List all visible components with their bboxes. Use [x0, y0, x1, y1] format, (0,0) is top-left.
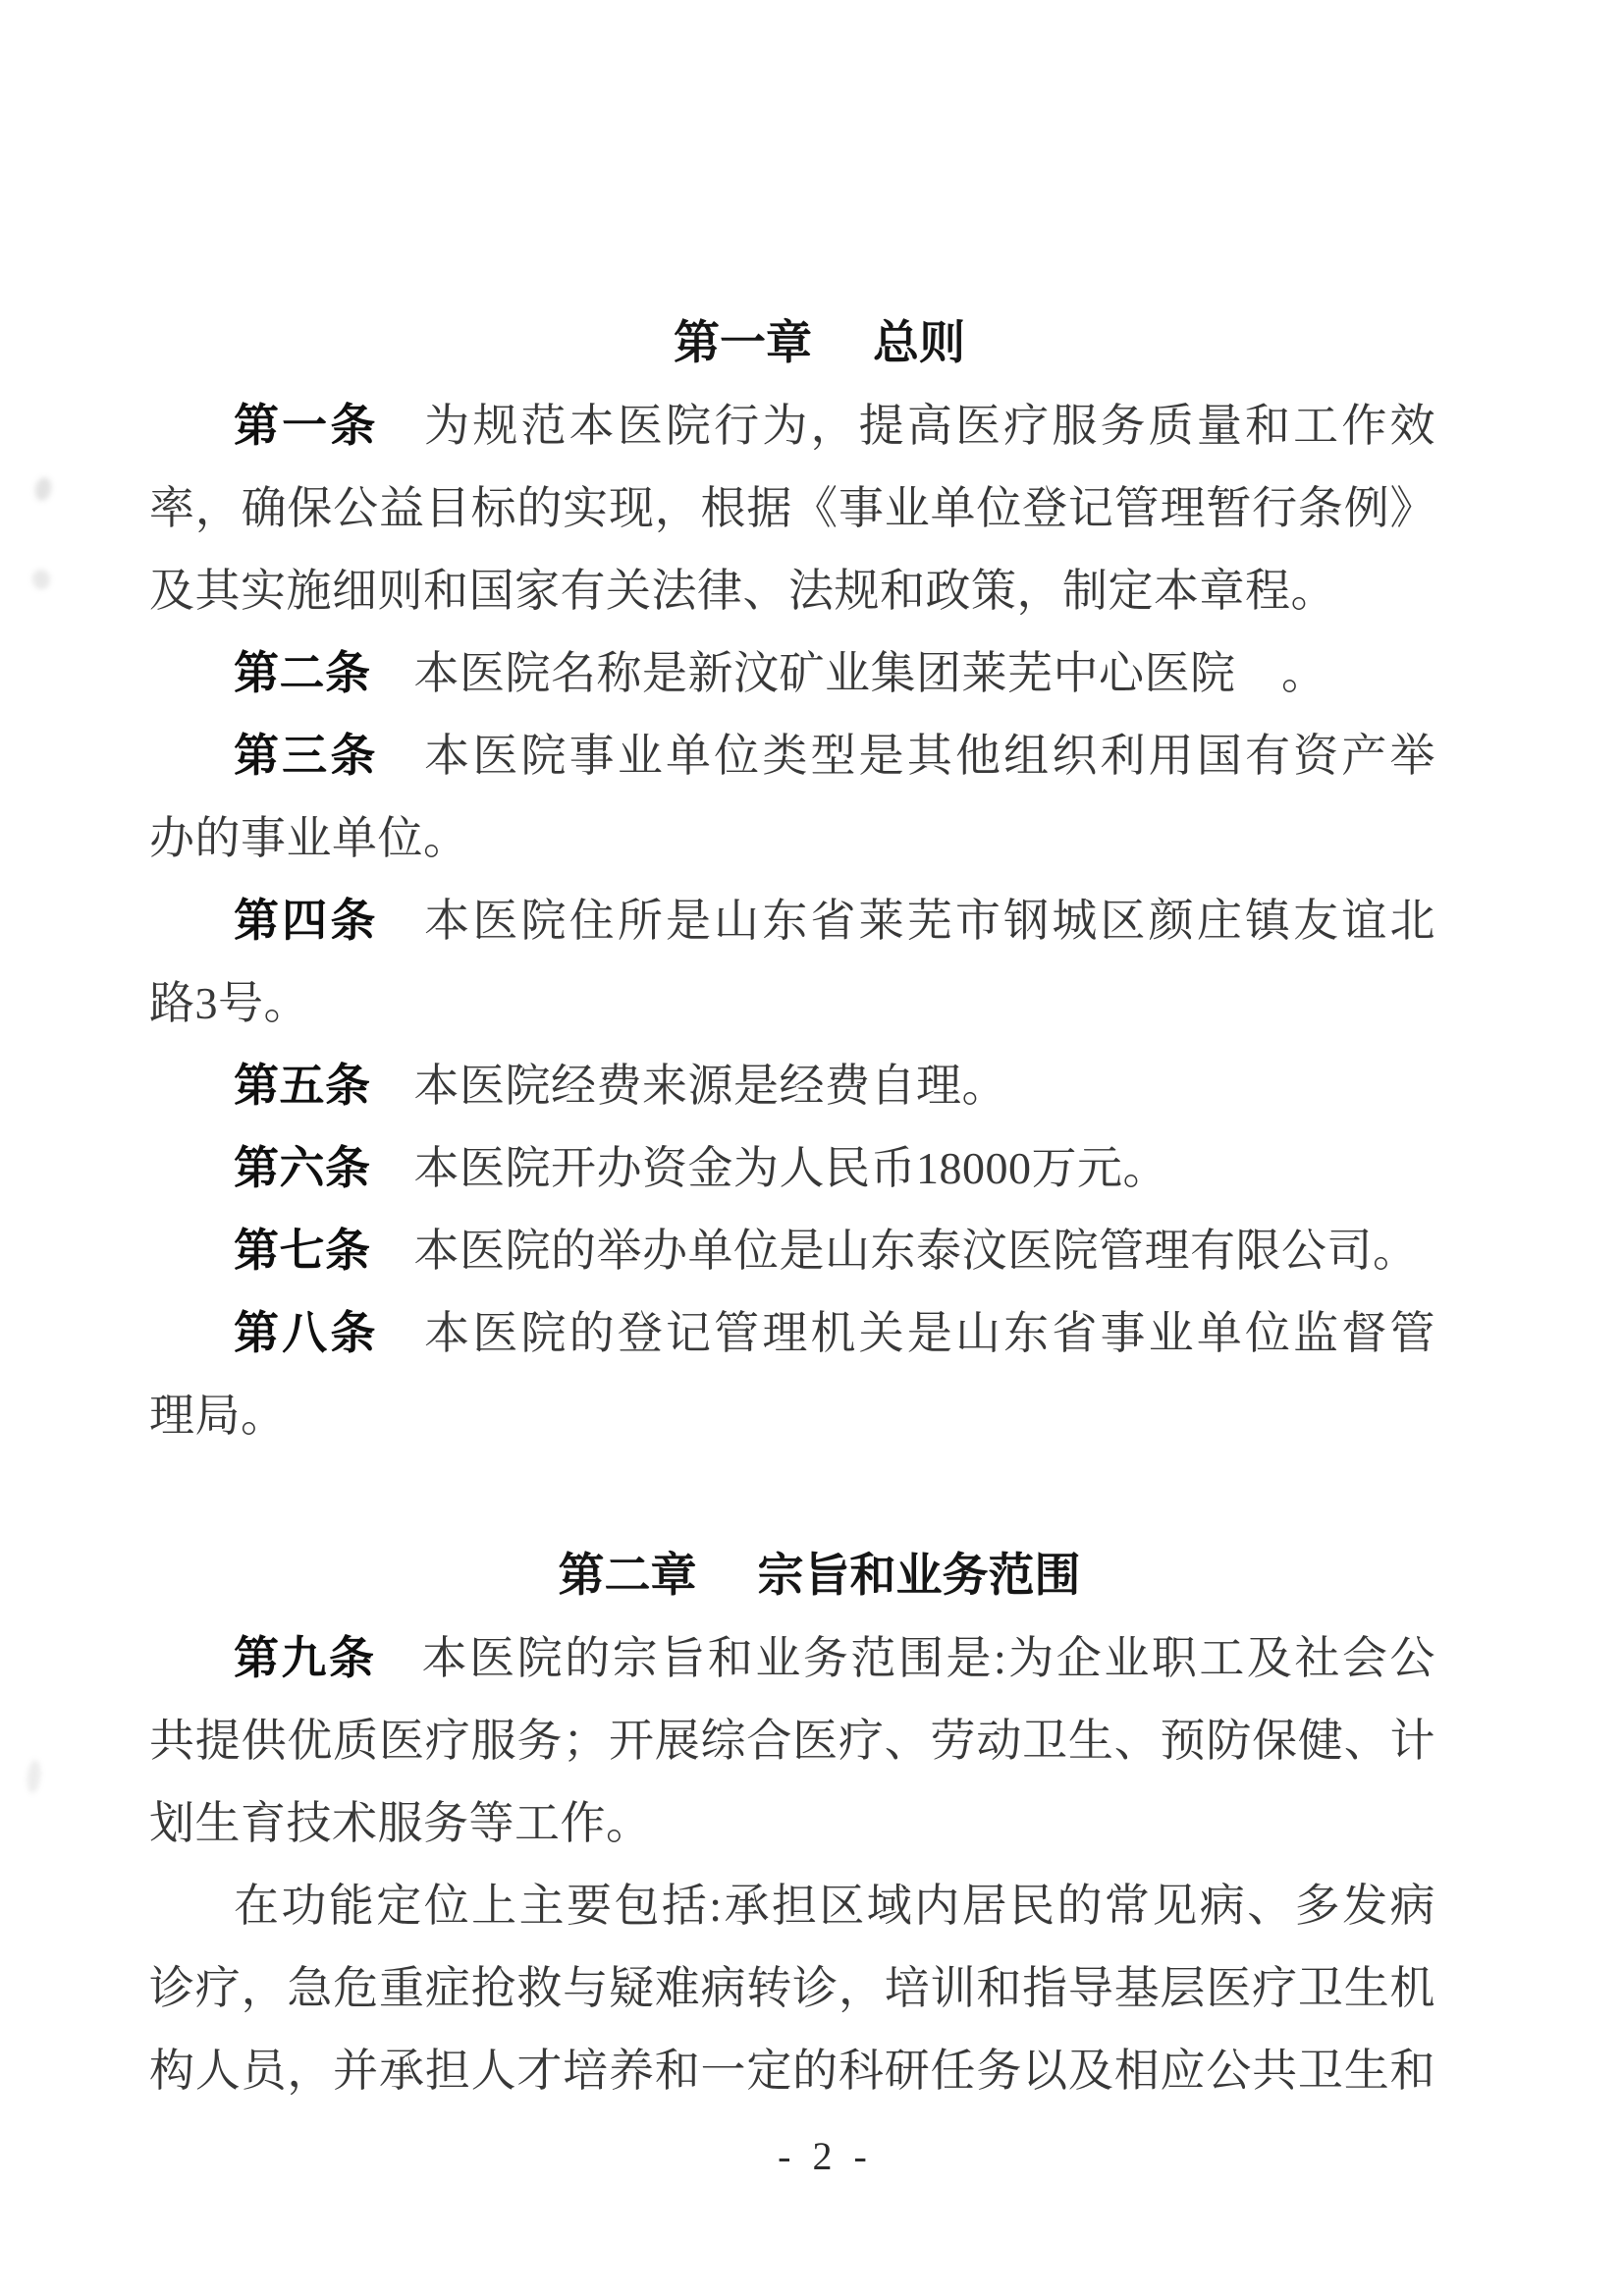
- article-8-line-1: 第八条本医院的登记管理机关是山东省事业单位监督管: [149, 1292, 1435, 1375]
- article-9-line-1: 第九条本医院的宗旨和业务范围是:为企业职工及社会公: [149, 1617, 1435, 1700]
- chapter-2-title: 宗旨和业务范围: [758, 1551, 1081, 1602]
- article-1-text: 为规范本医院行为，提高医疗服务质量和工作效: [422, 401, 1436, 451]
- document-body: 第一章总则 第一条为规范本医院行为，提高医疗服务质量和工作效 率，确保公益目标的…: [149, 302, 1435, 2112]
- function-paragraph-text: 在功能定位上主要包括:承担区域内居民的常见病、多发病: [234, 1881, 1435, 1931]
- article-1-line-2: 率，确保公益目标的实现，根据《事业单位登记管理暂行条例》: [149, 467, 1435, 550]
- article-7-text: 本医院的举办单位是山东泰汶医院管理有限公司。: [414, 1226, 1419, 1276]
- article-9-line-2: 共提供优质医疗服务；开展综合医疗、劳动卫生、预防保健、计: [149, 1700, 1435, 1782]
- chapter-1-number: 第一章: [674, 318, 812, 369]
- article-6-text: 本医院开办资金为人民币18000万元。: [414, 1143, 1169, 1193]
- article-9-text: 共提供优质医疗服务；开展综合医疗、劳动卫生、预防保健、计: [149, 1716, 1435, 1766]
- function-paragraph-text: 构人员，并承担人才培养和一定的科研任务以及相应公共卫生和: [149, 2046, 1435, 2096]
- article-1-label: 第一条: [234, 401, 379, 451]
- chapter-1-heading: 第一章总则: [149, 302, 1435, 385]
- article-9-text: 本医院的宗旨和业务范围是:为企业职工及社会公: [420, 1633, 1435, 1683]
- article-9-text: 划生育技术服务等工作。: [149, 1798, 652, 1848]
- article-4-text: 本医院住所是山东省莱芜市钢城区颜庄镇友谊北: [422, 896, 1436, 946]
- article-5-text: 本医院经费来源是经费自理。: [414, 1061, 1008, 1111]
- article-7-label: 第七条: [234, 1226, 371, 1276]
- chapter-2-heading: 第二章宗旨和业务范围: [149, 1535, 1435, 1617]
- function-paragraph-line-1: 在功能定位上主要包括:承担区域内居民的常见病、多发病: [149, 1865, 1435, 1947]
- article-1-text: 率，确保公益目标的实现，根据《事业单位登记管理暂行条例》: [149, 483, 1435, 533]
- article-8-line-2: 理局。: [149, 1375, 1435, 1457]
- article-3-line-2: 办的事业单位。: [149, 797, 1435, 880]
- article-2-text: 本医院名称是新汶矿业集团莱芜中心医院 。: [414, 648, 1327, 698]
- article-2-line-1: 第二条本医院名称是新汶矿业集团莱芜中心医院 。: [149, 632, 1435, 715]
- article-3-text: 办的事业单位。: [149, 813, 469, 863]
- article-5-label: 第五条: [234, 1061, 371, 1111]
- scan-smudge: [31, 569, 52, 590]
- article-4-label: 第四条: [234, 896, 379, 946]
- article-6-line-1: 第六条本医院开办资金为人民币18000万元。: [149, 1127, 1435, 1210]
- article-5-line-1: 第五条本医院经费来源是经费自理。: [149, 1045, 1435, 1127]
- article-8-text: 理局。: [149, 1391, 287, 1441]
- article-4-line-2: 路3号。: [149, 962, 1435, 1045]
- chapter-2-number: 第二章: [559, 1551, 697, 1602]
- page-number: - 2 -: [0, 2129, 1623, 2184]
- scan-smudge: [26, 1759, 41, 1793]
- section-spacer: [149, 1457, 1435, 1535]
- article-1-text: 及其实施细则和国家有关法律、法规和政策，制定本章程。: [149, 566, 1336, 616]
- article-2-label: 第二条: [234, 648, 371, 698]
- article-4-text: 路3号。: [149, 978, 309, 1028]
- article-9-line-3: 划生育技术服务等工作。: [149, 1782, 1435, 1865]
- document-page: 第一章总则 第一条为规范本医院行为，提高医疗服务质量和工作效 率，确保公益目标的…: [0, 0, 1623, 2296]
- article-1-line-1: 第一条为规范本医院行为，提高医疗服务质量和工作效: [149, 385, 1435, 467]
- article-9-label: 第九条: [234, 1633, 377, 1683]
- article-6-label: 第六条: [234, 1143, 371, 1193]
- function-paragraph-line-3: 构人员，并承担人才培养和一定的科研任务以及相应公共卫生和: [149, 2030, 1435, 2112]
- article-8-label: 第八条: [234, 1308, 379, 1358]
- article-8-text: 本医院的登记管理机关是山东省事业单位监督管: [422, 1308, 1436, 1358]
- article-4-line-1: 第四条本医院住所是山东省莱芜市钢城区颜庄镇友谊北: [149, 880, 1435, 962]
- article-1-line-3: 及其实施细则和国家有关法律、法规和政策，制定本章程。: [149, 550, 1435, 632]
- chapter-1-title: 总则: [873, 318, 965, 369]
- article-3-text: 本医院事业单位类型是其他组织利用国有资产举: [422, 731, 1436, 781]
- function-paragraph-text: 诊疗，急危重症抢救与疑难病转诊，培训和指导基层医疗卫生机: [149, 1963, 1435, 2013]
- article-3-label: 第三条: [234, 731, 379, 781]
- scan-smudge: [33, 476, 54, 503]
- article-7-line-1: 第七条本医院的举办单位是山东泰汶医院管理有限公司。: [149, 1210, 1435, 1292]
- function-paragraph-line-2: 诊疗，急危重症抢救与疑难病转诊，培训和指导基层医疗卫生机: [149, 1947, 1435, 2030]
- article-3-line-1: 第三条本医院事业单位类型是其他组织利用国有资产举: [149, 715, 1435, 797]
